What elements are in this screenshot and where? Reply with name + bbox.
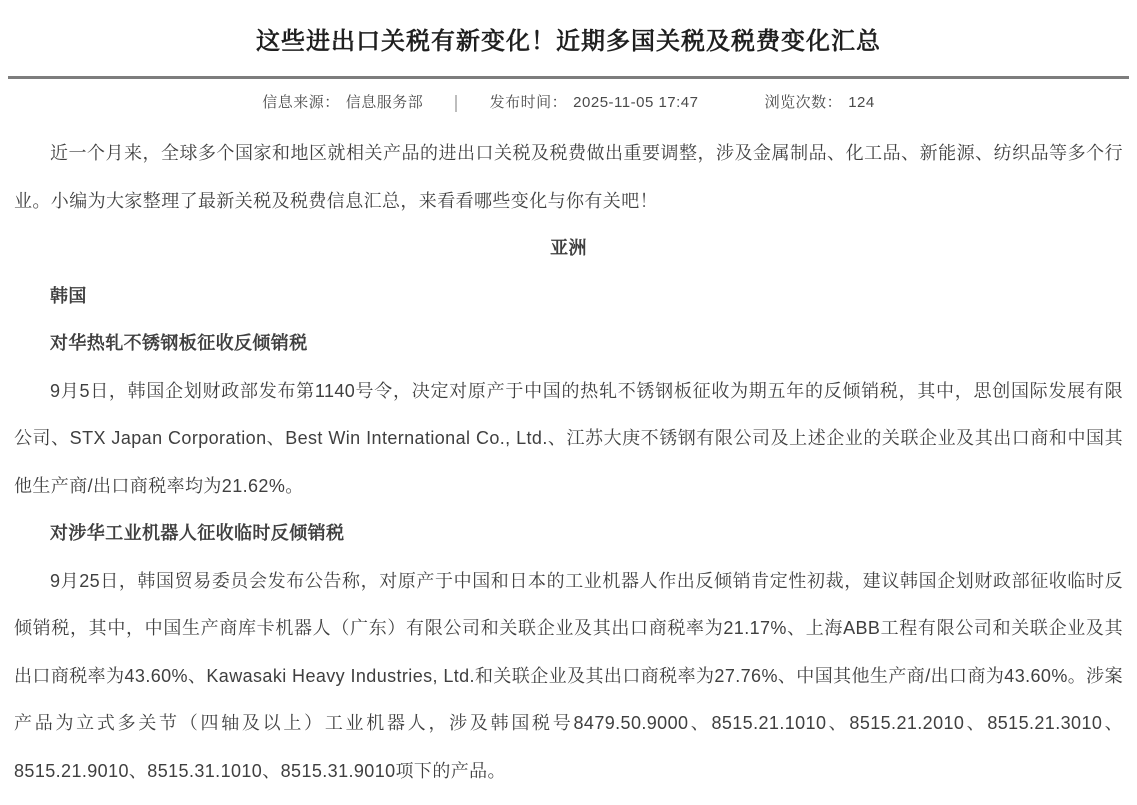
region-heading-asia: 亚洲 bbox=[14, 225, 1123, 273]
country-heading-korea: 韩国 bbox=[14, 273, 1123, 321]
article-page: 这些进出口关税有新变化！近期多国关税及税费变化汇总 信息来源：信息服务部 发布时… bbox=[0, 26, 1137, 795]
section-heading-stainless-steel: 对华热轧不锈钢板征收反倾销税 bbox=[14, 320, 1123, 368]
title-divider bbox=[8, 76, 1129, 79]
section-body-industrial-robots: 9月25日，韩国贸易委员会发布公告称，对原产于中国和日本的工业机器人作出反倾销肯… bbox=[14, 558, 1123, 796]
page-title: 这些进出口关税有新变化！近期多国关税及税费变化汇总 bbox=[0, 26, 1137, 58]
article-meta: 信息来源：信息服务部 发布时间：2025-11-05 17:47 浏览次数：12… bbox=[0, 92, 1137, 114]
meta-time-value: 2025-11-05 17:47 bbox=[573, 94, 698, 111]
section-body-stainless-steel: 9月5日，韩国企划财政部发布第1140号令，决定对原产于中国的热轧不锈钢板征收为… bbox=[14, 368, 1123, 511]
intro-paragraph: 近一个月来，全球多个国家和地区就相关产品的进出口关税及税费做出重要调整，涉及金属… bbox=[14, 130, 1123, 225]
meta-views-value: 124 bbox=[848, 94, 875, 111]
meta-views-label: 浏览次数： bbox=[765, 94, 843, 111]
meta-time-label: 发布时间： bbox=[490, 94, 568, 111]
meta-publish-time: 发布时间：2025-11-05 17:47 bbox=[490, 92, 699, 114]
meta-source-value: 信息服务部 bbox=[346, 94, 424, 111]
section-heading-industrial-robots: 对涉华工业机器人征收临时反倾销税 bbox=[14, 510, 1123, 558]
article-body: 近一个月来，全球多个国家和地区就相关产品的进出口关税及税费做出重要调整，涉及金属… bbox=[14, 130, 1123, 795]
meta-source-label: 信息来源： bbox=[262, 94, 340, 111]
meta-source: 信息来源：信息服务部 bbox=[262, 92, 423, 114]
meta-separator-bar bbox=[455, 95, 457, 112]
meta-view-count: 浏览次数：124 bbox=[765, 92, 875, 114]
